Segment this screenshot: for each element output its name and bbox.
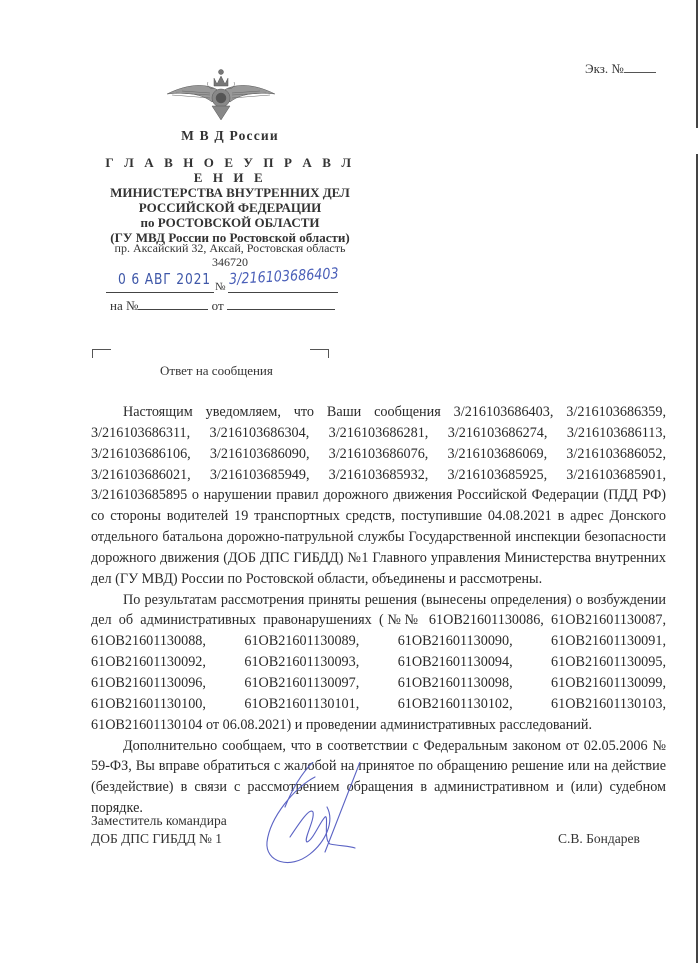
ministry-title: М В Д России bbox=[100, 128, 360, 144]
mvd-emblem-icon bbox=[162, 62, 280, 124]
copy-number: Экз. № bbox=[585, 60, 656, 77]
signatory-name: С.В. Бондарев bbox=[558, 831, 640, 847]
subject-corner-right bbox=[310, 349, 329, 358]
org-line: по РОСТОВСКОЙ ОБЛАСТИ bbox=[100, 215, 360, 230]
ref-number-blank bbox=[138, 297, 208, 310]
number-label: № bbox=[215, 281, 226, 293]
subject-corner-left bbox=[92, 349, 111, 358]
copy-number-label: Экз. № bbox=[585, 61, 624, 76]
organization-name: Г Л А В Н О Е У П Р А В Л Е Н И Е МИНИСТ… bbox=[100, 155, 360, 245]
ref-from-label: от bbox=[212, 298, 224, 313]
scan-edge-gap bbox=[695, 128, 699, 154]
body-paragraph: Дополнительно сообщаем, что в соответств… bbox=[91, 736, 666, 819]
signatory-position: Заместитель командира ДОБ ДПС ГИБДД № 1 bbox=[91, 812, 227, 848]
org-line: Г Л А В Н О Е У П Р А В Л Е Н И Е bbox=[100, 155, 360, 185]
position-line: Заместитель командира bbox=[91, 812, 227, 830]
org-line: РОССИЙСКОЙ ФЕДЕРАЦИИ bbox=[100, 200, 360, 215]
body-paragraph: Настоящим уведомляем, что Ваши сообщения… bbox=[91, 402, 666, 590]
org-line: МИНИСТЕРСТВА ВНУТРЕННИХ ДЕЛ bbox=[100, 185, 360, 200]
number-underline bbox=[228, 292, 338, 293]
letter-body: Настоящим уведомляем, что Ваши сообщения… bbox=[91, 402, 666, 819]
signature-icon bbox=[255, 762, 375, 872]
body-paragraph: По результатам рассмотрения приняты реше… bbox=[91, 590, 666, 736]
copy-number-blank bbox=[624, 60, 656, 73]
date-stamp: 0 6 АВГ 2021 bbox=[118, 270, 211, 288]
position-line: ДОБ ДПС ГИБДД № 1 bbox=[91, 830, 227, 848]
address-line: пр. Аксайский 32, Аксай, Ростовская обла… bbox=[100, 241, 360, 255]
reference-row: на № от bbox=[110, 297, 335, 314]
ref-prefix: на № bbox=[110, 298, 138, 313]
date-underline bbox=[106, 292, 214, 293]
ref-date-blank bbox=[227, 297, 335, 310]
subject-line: Ответ на сообщения bbox=[160, 363, 273, 379]
